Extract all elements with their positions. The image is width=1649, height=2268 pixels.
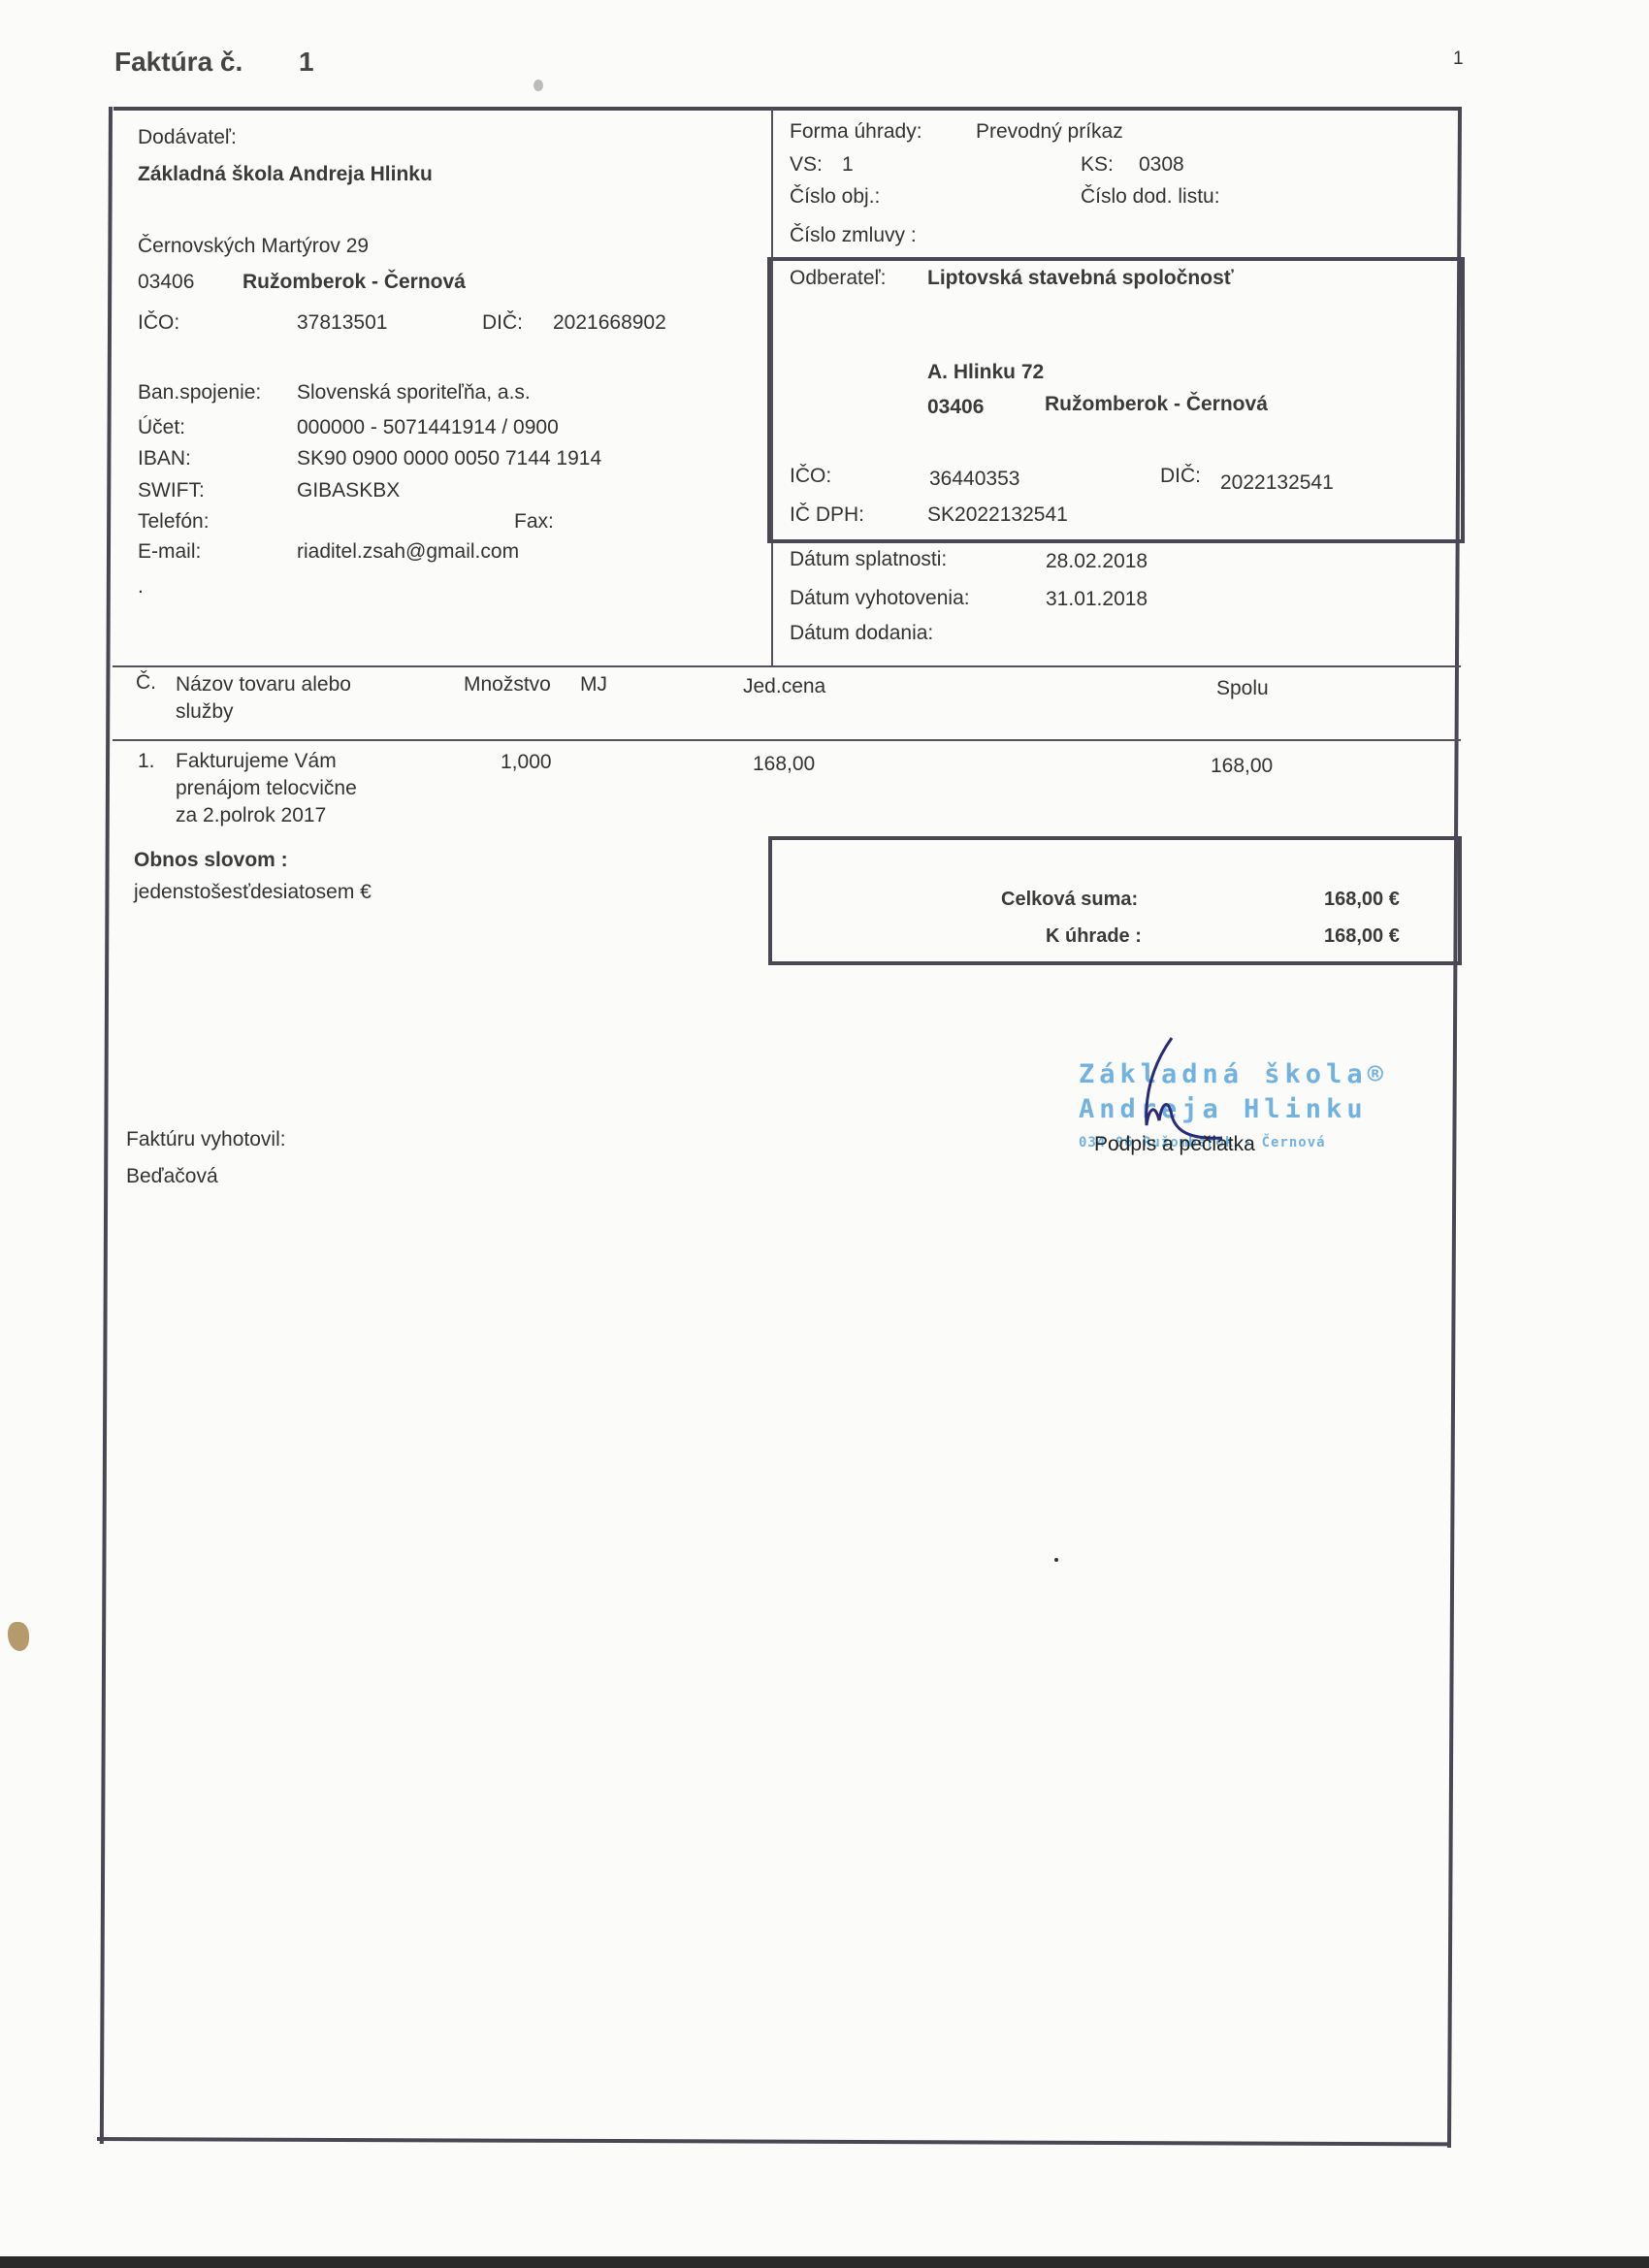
supplier-name: Základná škola Andreja Hlinku — [138, 163, 433, 186]
customer-zip: 03406 — [927, 396, 984, 419]
amount-words-label: Obnos slovom : — [134, 849, 288, 872]
supplier-ico: 37813501 — [297, 311, 387, 335]
total-sum-value: 168,00 € — [1324, 889, 1400, 911]
due-date: 28.02.2018 — [1046, 550, 1148, 573]
col-header-total: Spolu — [1216, 677, 1269, 700]
customer-ico: 36440353 — [929, 468, 1019, 491]
customer-name: Liptovská stavebná spoločnosť — [927, 267, 1234, 290]
customer-ico-label: IČO: — [790, 465, 831, 488]
customer-street: A. Hlinku 72 — [927, 361, 1044, 384]
supplier-ico-label: IČO: — [138, 311, 179, 335]
customer-icdph-label: IČ DPH: — [790, 503, 864, 527]
iban-label: IBAN: — [138, 447, 191, 470]
amount-words-value: jedenstošesťdesiatosem € — [134, 881, 372, 904]
row-name-line: za 2.polrok 2017 — [176, 804, 326, 827]
total-sum-label: Celková suma: — [1001, 889, 1138, 911]
phone-label: Telefón: — [138, 510, 210, 534]
row-total: 168,00 — [1211, 755, 1273, 778]
delivery-note-label: Číslo dod. listu: — [1081, 185, 1220, 209]
supplier-city: Ružomberok - Černová — [242, 271, 466, 294]
contract-number-label: Číslo zmluvy : — [790, 224, 917, 247]
row-qty: 1,000 — [501, 751, 552, 774]
page-number: 1 — [1453, 49, 1464, 70]
column-divider — [771, 109, 773, 666]
issue-date-label: Dátum vyhotovenia: — [790, 587, 970, 610]
scanner-edge — [0, 2256, 1649, 2268]
col-header-name-2: služby — [176, 700, 234, 724]
issued-by-label: Faktúru vyhotovil: — [126, 1128, 286, 1151]
col-header-qty: Množstvo — [464, 673, 551, 697]
order-number-label: Číslo obj.: — [790, 185, 880, 209]
swift-value: GIBASKBX — [297, 479, 400, 502]
issued-by-name: Beďačová — [126, 1165, 218, 1188]
supplier-zip: 03406 — [138, 271, 194, 294]
supplier-dic: 2021668902 — [553, 311, 666, 335]
to-pay-value: 168,00 € — [1324, 925, 1400, 948]
row-no: 1. — [138, 750, 155, 773]
customer-city: Ružomberok - Černová — [1045, 393, 1268, 416]
row-unit-price: 168,00 — [753, 753, 815, 776]
customer-dic: 2022132541 — [1220, 471, 1334, 495]
to-pay-label: K úhrade : — [1046, 925, 1142, 948]
ks-label: KS: — [1081, 153, 1114, 177]
customer-label: Odberateľ: — [790, 267, 887, 290]
customer-dic-label: DIČ: — [1160, 465, 1201, 488]
customer-icdph: SK2022132541 — [927, 503, 1068, 527]
scan-speck — [1054, 1558, 1058, 1562]
signature-scribble-icon — [1125, 1033, 1242, 1150]
fax-label: Fax: — [514, 510, 554, 534]
col-header-name-1: Názov tovaru alebo — [176, 673, 351, 697]
vs-label: VS: — [790, 153, 823, 177]
bank-name: Slovenská sporiteľňa, a.s. — [297, 381, 531, 405]
payment-method: Prevodný príkaz — [976, 120, 1123, 144]
scan-speck — [533, 80, 543, 91]
delivery-date-label: Dátum dodania: — [790, 622, 933, 645]
account-number: 000000 - 5071441914 / 0900 — [297, 416, 559, 439]
ks-value: 0308 — [1139, 153, 1184, 177]
row-name-line: Fakturujeme Vám — [176, 750, 337, 773]
signature-label: Podpis a pečiatka — [1094, 1133, 1255, 1156]
bank-label: Ban.spojenie: — [138, 381, 261, 405]
iban-value: SK90 0900 0000 0050 7144 1914 — [297, 447, 601, 470]
swift-label: SWIFT: — [138, 479, 205, 502]
supplier-street: Černovských Martýrov 29 — [138, 235, 369, 258]
due-date-label: Dátum splatnosti: — [790, 548, 947, 571]
vs-value: 1 — [842, 153, 854, 177]
col-header-unit: MJ — [580, 673, 607, 697]
email-value: riaditel.zsah@gmail.com — [297, 540, 519, 564]
col-header-no: Č. — [136, 671, 156, 695]
row-name-line: prenájom telocvične — [176, 777, 357, 800]
invoice-number: 1 — [299, 47, 314, 78]
account-label: Účet: — [138, 416, 185, 439]
invoice-title-label: Faktúra č. — [114, 47, 242, 78]
col-header-unit-price: Jed.cena — [743, 675, 825, 698]
supplier-dic-label: DIČ: — [482, 311, 523, 335]
supplier-label: Dodávateľ: — [138, 126, 237, 149]
issue-date: 31.01.2018 — [1046, 588, 1148, 611]
payment-method-label: Forma úhrady: — [790, 120, 922, 144]
paper-stain — [8, 1622, 29, 1651]
stray-dot: . — [138, 575, 144, 599]
email-label: E-mail: — [138, 540, 201, 564]
